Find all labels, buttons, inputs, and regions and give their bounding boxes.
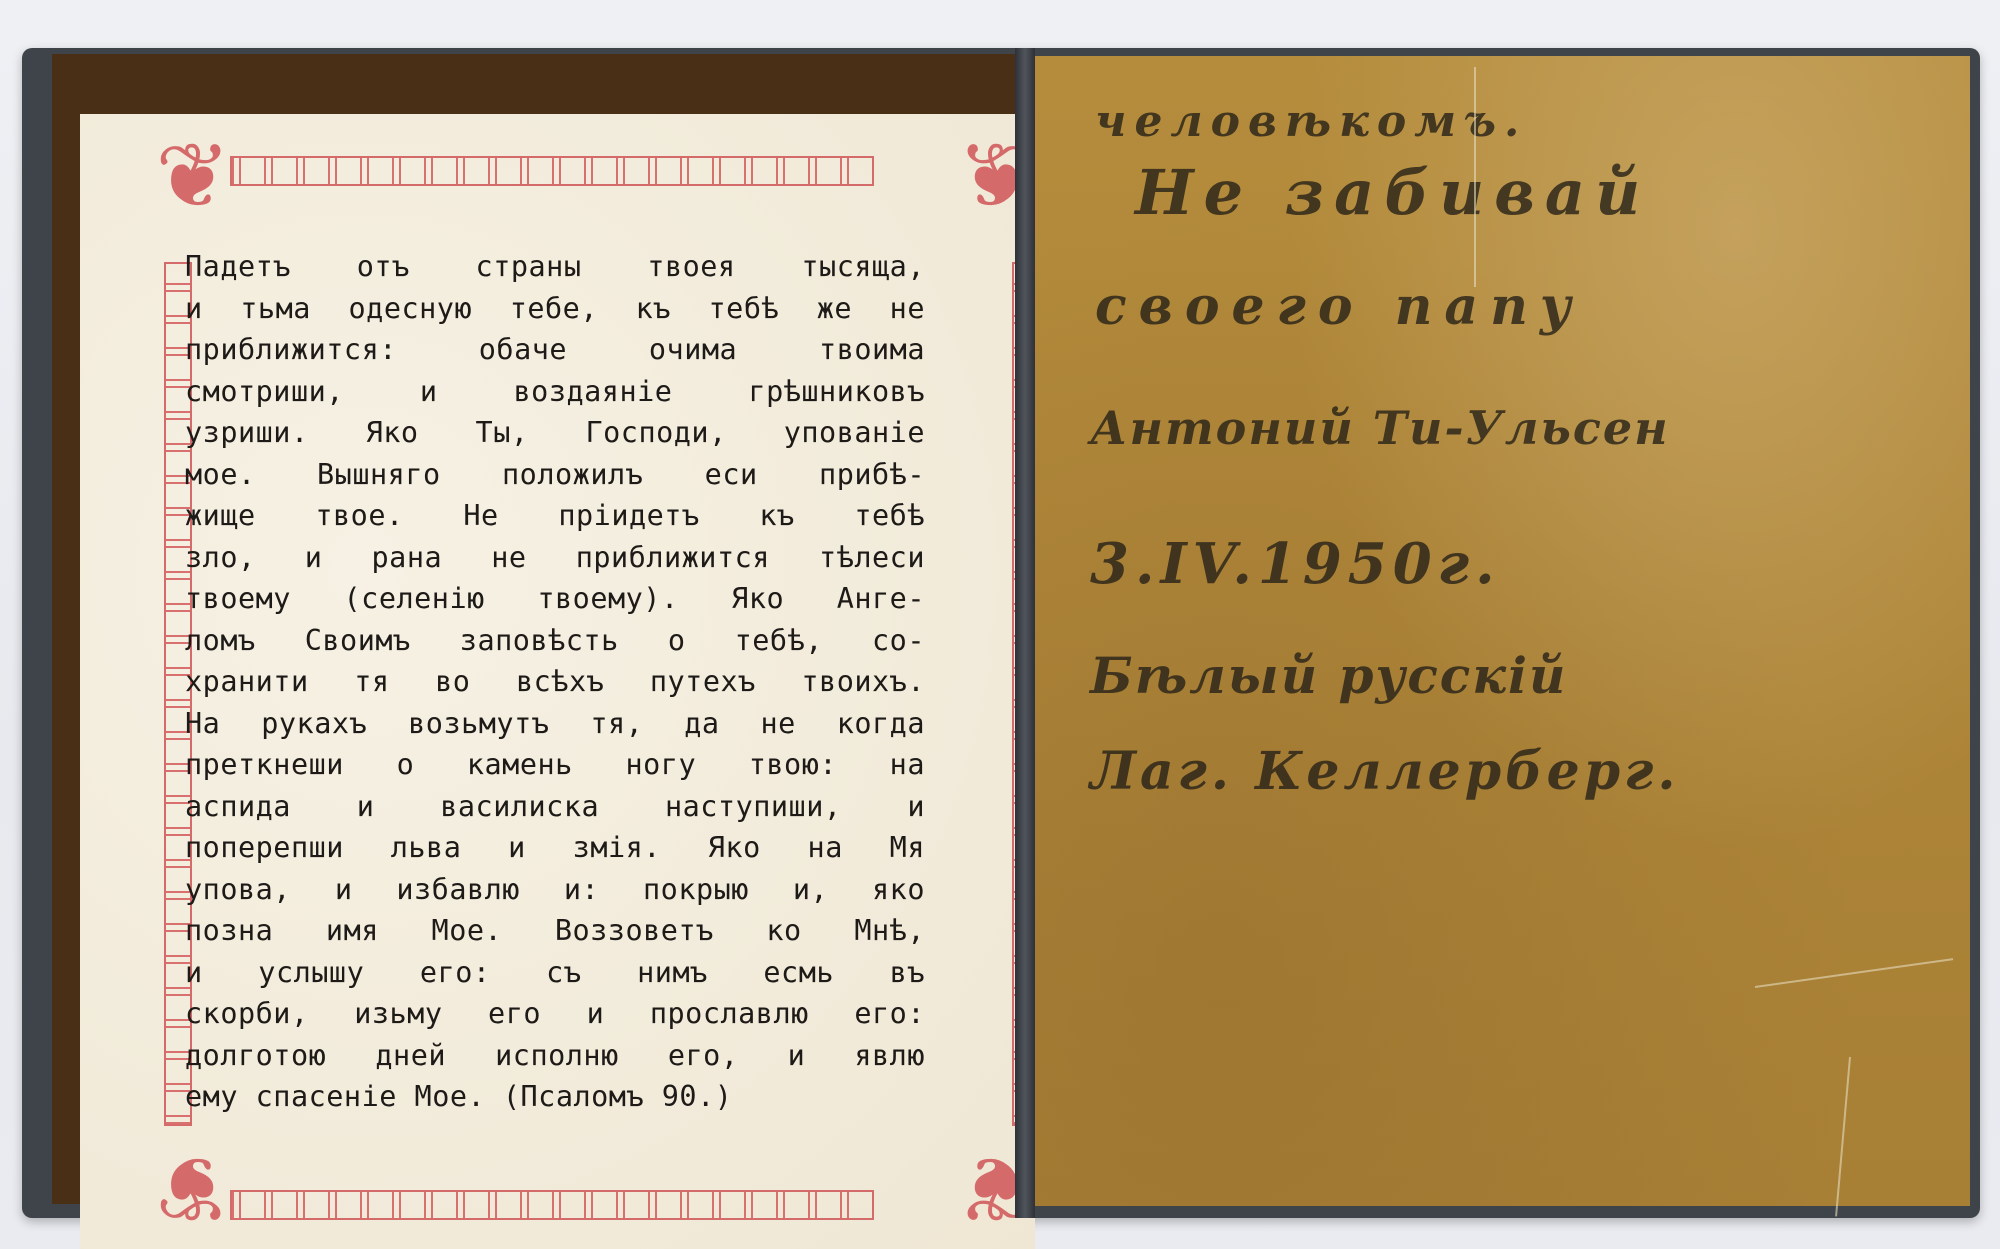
text-line: узриши. Яко Ты, Господи, упованіе (185, 412, 925, 454)
paper-crease (1835, 1057, 1851, 1217)
paper-crease (1755, 958, 1953, 988)
handwriting-line: Лаг. Келлерберг. (1090, 741, 1679, 802)
text-line: преткнеши о камень ногу твою: на (185, 744, 925, 786)
text-line: и услышу его: съ нимъ есмь въ (185, 952, 925, 994)
handwriting-line: Бѣлый русскій (1090, 646, 1567, 705)
text-line: позна имя Мое. Воззоветъ ко Мнѣ, (185, 910, 925, 952)
handwriting-line: человѣкомъ. (1095, 96, 1527, 147)
printed-page: ❦ ❦ ❦ ❦ Падетъ отъ страны твоея тысяща, … (80, 114, 1035, 1249)
psalm-90-text: Падетъ отъ страны твоея тысяща, и тьма о… (185, 246, 925, 1118)
text-line: и тьма одесную тебе, къ тебѣ же не (185, 288, 925, 330)
text-line: ему спасеніе Мое. (Псаломъ 90.) (185, 1076, 925, 1118)
handwriting-line: 3.IV.1950г. (1090, 531, 1501, 597)
text-line: упова, и избавлю и: покрыю и, яко (185, 869, 925, 911)
text-line: аспида и василиска наступиши, и (185, 786, 925, 828)
text-line: скорби, изьму его и прославлю его: (185, 993, 925, 1035)
text-line: приближится: обаче очима твоима (185, 329, 925, 371)
open-booklet: ❦ ❦ ❦ ❦ Падетъ отъ страны твоея тысяща, … (22, 48, 1980, 1218)
handwriting-line: Не забивай (1135, 156, 1650, 229)
text-line: твоему (селенію твоему). Яко Анге- (185, 578, 925, 620)
text-line: долготою дней исполню его, и явлю (185, 1035, 925, 1077)
handwritten-page: человѣкомъ. Не забивай своего папу Антон… (1035, 56, 1970, 1206)
border-bottom (230, 1190, 874, 1220)
border-top (230, 156, 874, 186)
text-line: ломъ Своимъ заповѣсть о тебѣ, со- (185, 620, 925, 662)
text-line: зло, и рана не приближится тѣлеси (185, 537, 925, 579)
text-line: На рукахъ возьмутъ тя, да не когда (185, 703, 925, 745)
booklet-spine (1015, 48, 1035, 1218)
handwriting-line: своего папу (1095, 276, 1583, 337)
handwriting-line: Антоний Ти-Ульсен (1090, 401, 1670, 455)
text-line: поперепши льва и змія. Яко на Мя (185, 827, 925, 869)
text-line: Падетъ отъ страны твоея тысяща, (185, 246, 925, 288)
text-line: смотриши, и воздаяніе грѣшниковъ (185, 371, 925, 413)
text-line: мое. Вышняго положилъ еси прибѣ- (185, 454, 925, 496)
paper-crease (1474, 67, 1476, 287)
text-line: жище твое. Не пріидетъ къ тебѣ (185, 495, 925, 537)
angel-wing-corner-top-left-icon: ❦ (138, 122, 248, 232)
angel-wing-corner-bottom-left-icon: ❦ (138, 1132, 248, 1242)
text-line: хранити тя во всѣхъ путехъ твоихъ. (185, 661, 925, 703)
